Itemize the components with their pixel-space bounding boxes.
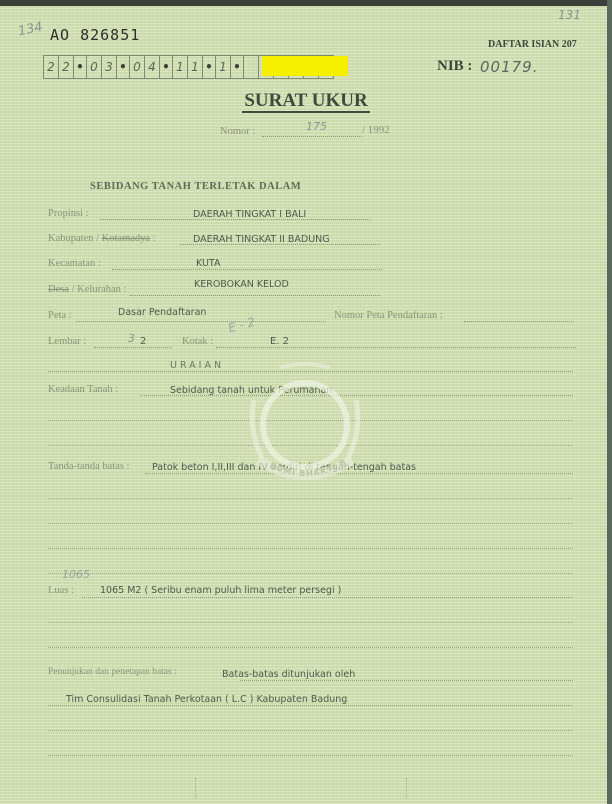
kecamatan-dotline [112,269,382,270]
redaction-highlight [262,56,348,76]
kecamatan-label: Kecamatan : [48,258,101,269]
parcel-code-box: 1 [172,55,188,79]
parcel-code-box [243,55,259,79]
penunjukan-value-line1: Batas-batas ditunjukan oleh [222,669,355,680]
serial-number: AO 826851 [50,26,140,44]
kabupaten-value: DAERAH TINGKAT II BADUNG [193,234,330,245]
location-heading: SEBIDANG TANAH TERLETAK DALAM [90,181,301,192]
lembar-label: Lembar : [48,336,86,347]
blank-line [48,622,573,623]
form-code: DAFTAR ISIAN 207 [488,39,577,50]
parcel-code-box: • [230,55,244,79]
lembar-dotline [94,347,172,348]
penunjukan-dotline [240,680,573,681]
kecamatan-value: KUTA [196,258,221,269]
kelurahan-label: Desa / Kelurahan : [48,284,126,295]
nomor-year: / 1992 [362,124,390,136]
parcel-code-box: • [202,55,216,79]
lembar-value: 2 [140,336,146,347]
parcel-code-box: • [73,55,87,79]
lembar-handwritten: 3 [128,332,135,345]
penunjukan-dotline-2 [48,705,573,706]
propinsi-label: Propinsi : [48,208,89,219]
blank-line [48,730,573,731]
blank-line [48,755,573,756]
scan-right-edge [607,0,612,804]
blank-line [48,647,573,648]
keadaan-tanah-label: Keadaan Tanah : [48,384,118,395]
kotamadya-struck: Kotamadya [102,233,150,244]
nomor-peta-label: Nomor Peta Pendaftaran : [334,310,443,321]
nomor-value: 175 [306,120,327,133]
parcel-code-box: • [116,55,130,79]
parcel-code-box: 0 [129,55,145,79]
nomor-dotline [262,136,362,137]
nomor-label: Nomor : [220,126,255,137]
nib-label: NIB : [437,58,472,75]
kotak-label: Kotak : [182,336,213,347]
parcel-code-box: 2 [58,55,74,79]
penunjukan-label: Penunjukan dan penetapan batas : [48,667,177,677]
blank-line [48,523,573,524]
luas-value: 1065 M2 ( Seribu enam puluh lima meter p… [100,585,341,596]
luas-label: Luas : [48,585,74,596]
peta-dotline [76,321,326,322]
penunjukan-value-line2: Tim Consulidasi Tanah Perkotaan ( L.C ) … [66,694,347,705]
parcel-code-box: 1 [187,55,203,79]
parcel-code-box: • [159,55,173,79]
faint-stamp-box [195,778,407,798]
blank-line [48,573,573,574]
document-title-text: SURAT UKUR [242,90,369,113]
blank-line [48,548,573,549]
desa-struck: Desa [48,284,69,295]
kotak-dotline [216,347,576,348]
nib-value: 00179. [480,58,539,76]
parcel-code-box: 2 [43,55,59,79]
parcel-code-box: 1 [215,55,231,79]
kelurahan-label-text: / Kelurahan : [69,284,126,295]
tanda-batas-label: Tanda-tanda batas : [48,461,129,472]
watermark-seal-icon: BUMI BHAKTI BADUNG [240,360,370,490]
parcel-code-box: 0 [86,55,102,79]
luas-handwritten: 1065 [62,568,90,581]
blank-line [48,498,573,499]
kabupaten-label-suffix: : [150,233,156,244]
parcel-code-box: 3 [101,55,117,79]
kelurahan-value: KEROBOKAN KELOD [194,279,289,290]
propinsi-value: DAERAH TINGKAT I BALI [193,209,306,220]
luas-dotline [82,597,573,598]
peta-label: Peta : [48,310,72,321]
kabupaten-label-text: Kabupaten / [48,233,102,244]
kotak-value: E. 2 [270,336,289,347]
peta-value: Dasar Pendaftaran [118,307,206,318]
document-title: SURAT UKUR [0,90,612,112]
nomor-peta-dotline [464,321,574,322]
kelurahan-dotline [130,295,380,296]
handwritten-page-number-right: 131 [558,8,581,22]
kabupaten-label: Kabupaten / Kotamadya : [48,233,156,244]
uraian-heading: URAIAN [170,360,224,371]
parcel-code-box: 4 [144,55,160,79]
